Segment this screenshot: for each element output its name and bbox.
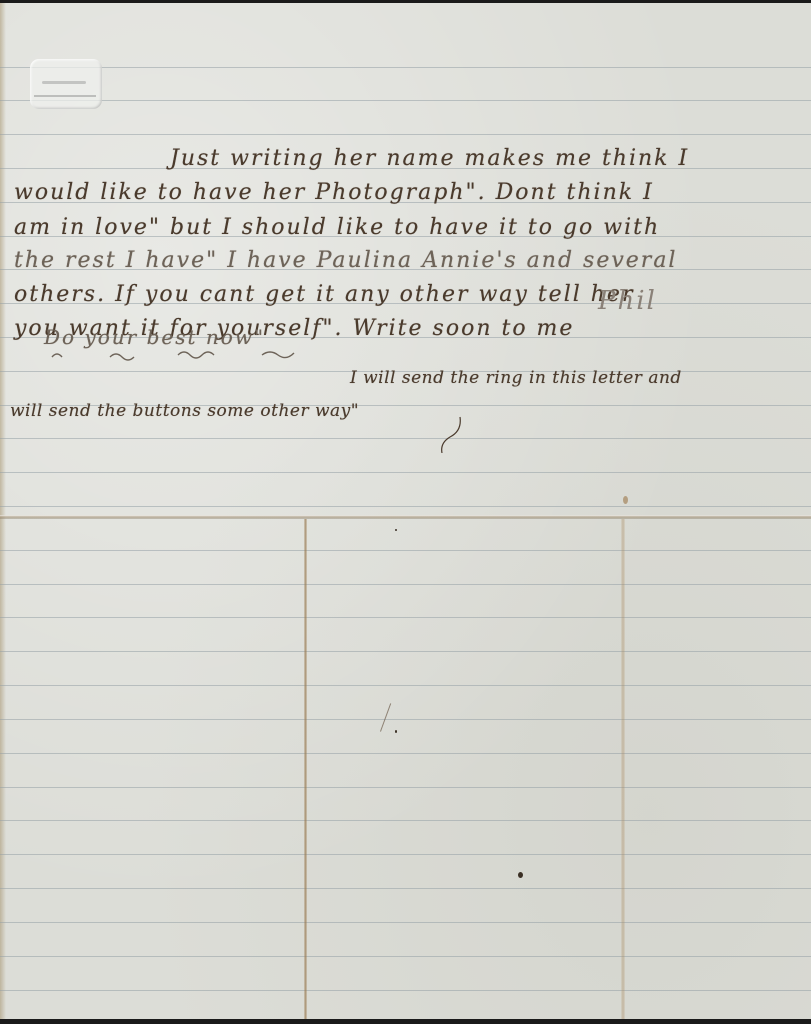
paper-crease bbox=[380, 703, 394, 733]
ink-speck bbox=[395, 730, 397, 733]
letter-line-1: Just writing her name makes me think I bbox=[170, 146, 689, 171]
letter-line-5: others. If you cant get it any other way… bbox=[14, 282, 634, 307]
postscript-line-1: I will send the ring in this letter and bbox=[350, 368, 682, 388]
ink-speck bbox=[395, 529, 397, 531]
letter-line-3: am in love" but I should like to have it… bbox=[14, 215, 660, 240]
letter-page: Just writing her name makes me think I w… bbox=[0, 3, 811, 1019]
vertical-fold-left bbox=[304, 519, 307, 1019]
signature: Phil bbox=[598, 286, 657, 316]
letter-line-4: the rest I have" I have Paulina Annie's … bbox=[14, 248, 677, 273]
postscript-line-2: will send the buttons some other way" bbox=[10, 401, 359, 421]
vertical-fold-right bbox=[621, 519, 625, 1019]
letter-line-2: would like to have her Photograph". Dont… bbox=[14, 180, 654, 205]
closing-flourish-icon bbox=[430, 413, 470, 453]
horizontal-fold bbox=[0, 515, 811, 519]
rust-stain bbox=[623, 496, 628, 504]
paper-edge-shadow bbox=[0, 3, 6, 1019]
embossed-stamp-icon bbox=[30, 59, 102, 109]
ink-speck bbox=[518, 872, 523, 878]
underline-squiggles-icon bbox=[48, 343, 328, 367]
